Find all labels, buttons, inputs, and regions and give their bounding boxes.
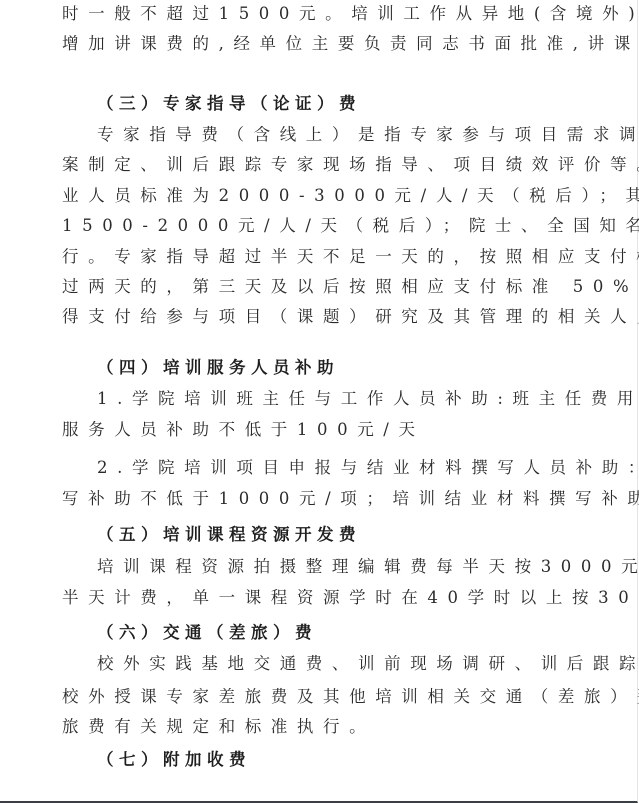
document-page: 时一般不超过1500元。培训工作从异地(含境外)邀请授课教师，确需 增加讲课费的… [0,0,638,803]
section-heading-4: （四）培训服务人员补助 [97,357,627,379]
section-heading-6: （六）交通（差旅）费 [97,622,627,644]
body-line: 案制定、训后跟踪专家现场指导、项目绩效评价等。高级技术职称专 [62,154,592,176]
section-heading-5: （五）培训课程资源开发费 [97,524,627,546]
section-heading-7: （七）附加收费 [97,749,627,771]
section-heading-3: （三）专家指导（论证）费 [97,93,627,115]
paragraph-first-line: 2.学院培训项目申报与结业材料撰写人员补助：培训申报材料撰 [97,457,627,479]
body-line: 1500-2000元/人/天（税后）；院士、全国知名专家可按照上浮50%执 [62,215,592,237]
body-line: 服务人员补助不低于100元/天 [62,419,592,441]
paragraph-first-line: 专家指导费（含线上）是指专家参与项目需求调研分析、培训方 [97,124,627,146]
body-line: 半天计费，单一课程资源学时在40学时以上按30000元计费。 [62,587,592,609]
body-line: 写补助不低于1000元/项；培训结业材料撰写补助不低于800元/项。 [62,488,592,510]
body-line: 时一般不超过1500元。培训工作从异地(含境外)邀请授课教师，确需 [62,3,592,25]
body-line: 得支付给参与项目（课题）研究及其管理的相关人员。 [62,306,592,328]
paragraph-first-line: 培训课程资源拍摄整理编辑费每半天按3000元计费，不足半天按 [97,556,627,578]
paragraph-first-line: 校外实践基地交通费、训前现场调研、训后跟踪产生的差旅费、 [97,653,627,675]
body-line: 过两天的，第三天及以后按照相应支付标准 50%执行。专家指导费不 [62,276,592,298]
body-line: 校外授课专家差旅费及其他培训相关交通（差旅）费按照省直机关差 [62,686,592,708]
body-line: 增加讲课费的,经单位主要负责同志书面批准,讲课费可以适当增加。 [62,33,592,55]
paragraph-first-line: 1.学院培训班主任与工作人员补助:班主任费用不低于2000元/班, [97,388,627,410]
body-line: 行。专家指导超过半天不足一天的，按照相应支付标准 60%执行；超 [62,246,592,268]
body-line: 旅费有关规定和标准执行。 [62,716,592,738]
body-line: 业人员标准为2000-3000元/人/天（税后）；其他专业人员的标准为 [62,185,592,207]
